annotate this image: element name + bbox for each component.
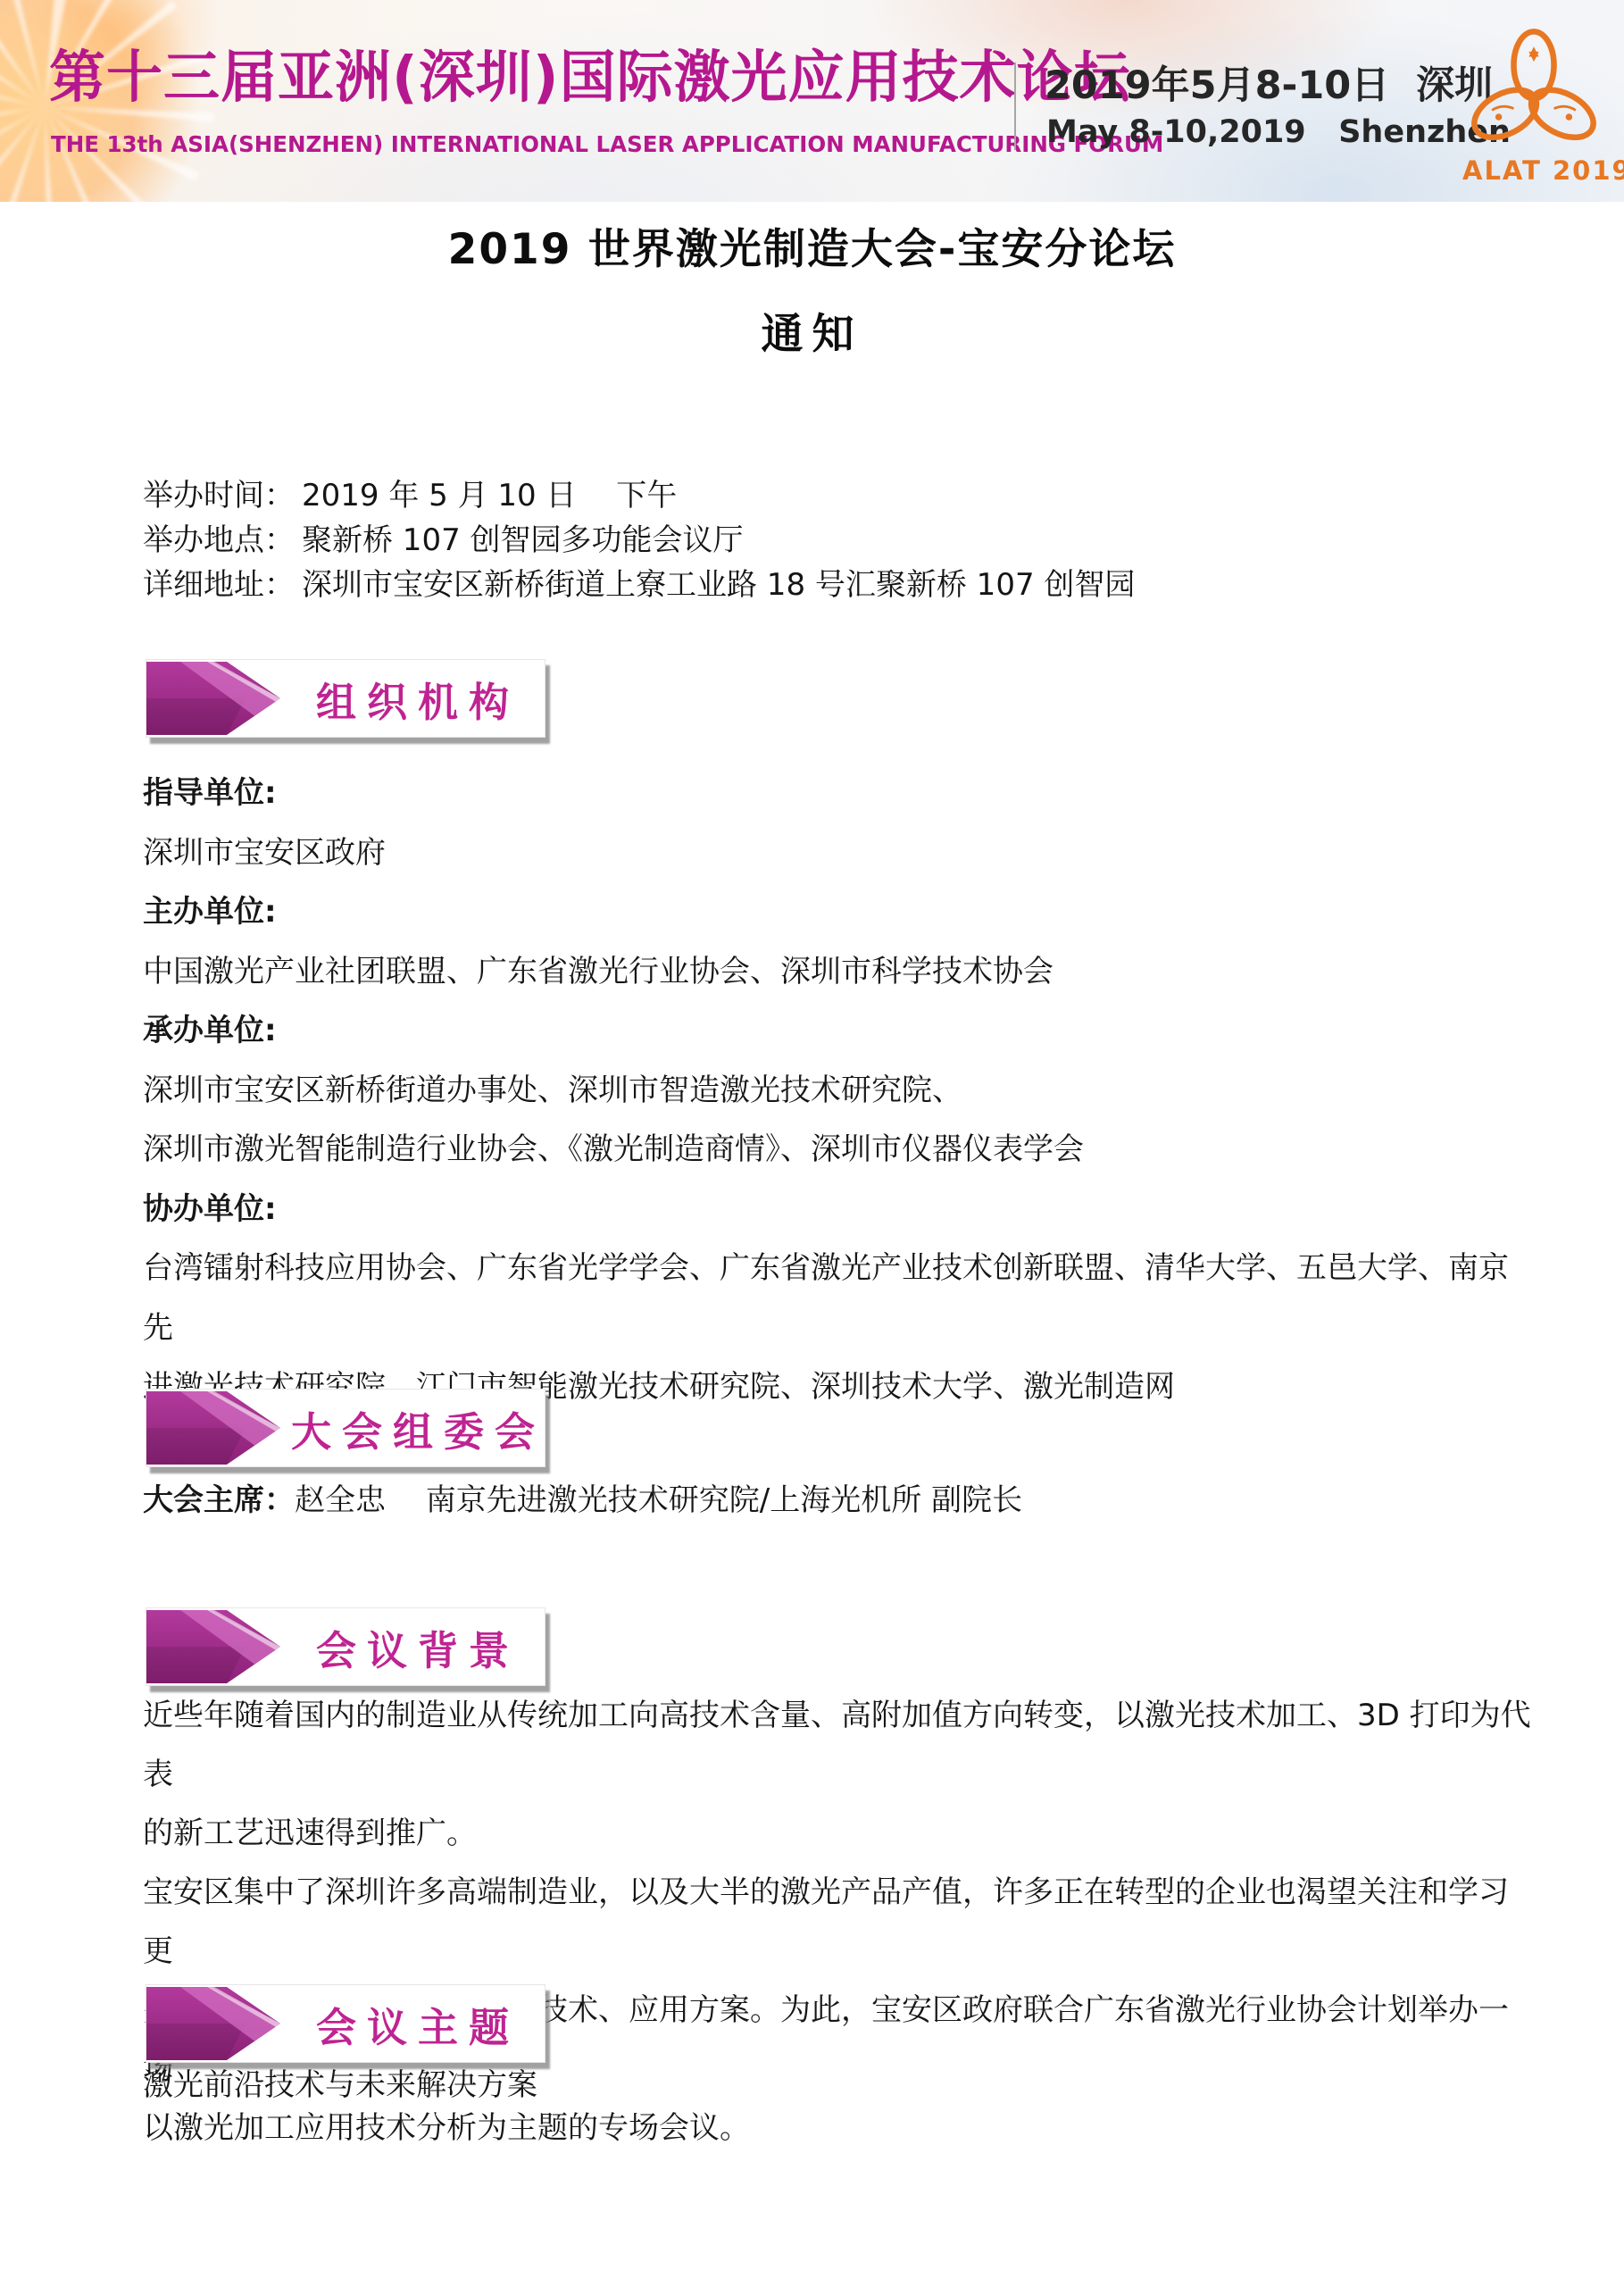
background-line: 近些年随着国内的制造业从传统加工向高技术含量、高附加值方向转变，以激光技术加工、… (143, 1686, 1536, 1804)
forum-title-cn: 第十三届亚洲(深圳)国际激光应用技术论坛 (49, 43, 995, 113)
ribbon-arrow-icon (146, 660, 280, 737)
event-time-value: 2019 年 5 月 10 日 下午 (302, 478, 677, 513)
org-line: 中国激光产业社团联盟、广东省激光行业协会、深圳市科学技术协会 (143, 942, 1536, 1002)
alat-trefoil-icon (1467, 23, 1601, 157)
event-address-value: 深圳市宝安区新桥街道上寮工业路 18 号汇聚新桥 107 创智园 (302, 567, 1135, 603)
document-subtitle: 通知 (0, 308, 1624, 362)
section-title-background: 会议背景 (280, 1618, 545, 1676)
document-title: 2019 世界激光制造大会-宝安分论坛 (0, 223, 1624, 277)
ribbon-arrow-icon (146, 1390, 280, 1466)
event-address-row: 详细地址：深圳市宝安区新桥街道上寮工业路 18 号汇聚新桥 107 创智园 (143, 563, 1536, 607)
section-banner-theme: 会议主题 (146, 1984, 545, 2063)
event-venue-value: 聚新桥 107 创智园多功能会议厅 (302, 522, 744, 558)
header-divider (1014, 63, 1016, 150)
org-line: 深圳市激光智能制造行业协会、《激光制造商情》、深圳市仪器仪表学会 (143, 1120, 1536, 1180)
section-banner-committee: 大会组委会 (146, 1389, 545, 1467)
section-title-committee: 大会组委会 (280, 1399, 545, 1457)
event-time-label: 举办时间： (143, 478, 295, 513)
alat-logo: ALAT 2019 (1462, 23, 1605, 198)
ribbon-arrow-icon (146, 1608, 280, 1685)
alat-logo-text: ALAT 2019 (1462, 155, 1605, 186)
event-venue-row: 举办地点：聚新桥 107 创智园多功能会议厅 (143, 518, 1536, 563)
org-line: 台湾镭射科技应用协会、广东省光学学会、广东省激光产业技术创新联盟、清华大学、五邑… (143, 1239, 1536, 1357)
background-line: 的新工艺迅速得到推广。 (143, 1804, 1536, 1863)
forum-date-en: May 8-10,2019 Shenzhen (1046, 114, 1511, 150)
org-line: 深圳市宝安区政府 (143, 823, 1536, 883)
section-banner-organization: 组织机构 (146, 659, 545, 738)
forum-date-cn: 2019年5月8-10日 深圳 (1045, 55, 1493, 110)
org-line: 主办单位: (143, 882, 1536, 942)
section-banner-background: 会议背景 (146, 1607, 545, 1686)
section-title-organization: 组织机构 (280, 670, 545, 728)
org-line: 指导单位: (143, 764, 1536, 823)
background-line: 宝安区集中了深圳许多高端制造业，以及大半的激光产品产值，许多正在转型的企业也渴望… (143, 1863, 1536, 1981)
chairman-line: 大会主席：赵全忠 南京先进激光技术研究院/上海光机所 副院长 (143, 1478, 1536, 1523)
chairman-value: 赵全忠 南京先进激光技术研究院/上海光机所 副院长 (295, 1482, 1022, 1518)
theme-line: 激光前沿技术与未来解决方案 (143, 2063, 1536, 2108)
event-address-label: 详细地址： (143, 567, 295, 603)
organization-list: 指导单位: 深圳市宝安区政府 主办单位: 中国激光产业社团联盟、广东省激光行业协… (143, 764, 1536, 1417)
chairman-label: 大会主席： (143, 1482, 295, 1518)
org-line: 深圳市宝安区新桥街道办事处、深圳市智造激光技术研究院、 (143, 1061, 1536, 1121)
event-time-row: 举办时间：2019 年 5 月 10 日 下午 (143, 473, 1536, 518)
ribbon-arrow-icon (146, 1985, 280, 2062)
event-info: 举办时间：2019 年 5 月 10 日 下午 举办地点：聚新桥 107 创智园… (143, 473, 1536, 607)
org-line: 协办单位: (143, 1180, 1536, 1239)
org-line: 承办单位: (143, 1001, 1536, 1061)
forum-header-banner: 第十三届亚洲(深圳)国际激光应用技术论坛 THE 13th ASIA(SHENZ… (0, 0, 1624, 202)
notice-page: 第十三届亚洲(深圳)国际激光应用技术论坛 THE 13th ASIA(SHENZ… (0, 0, 1624, 2287)
forum-title-en: THE 13th ASIA(SHENZHEN) INTERNATIONAL LA… (51, 131, 1006, 157)
section-title-theme: 会议主题 (280, 1995, 545, 2053)
event-venue-label: 举办地点： (143, 522, 295, 558)
